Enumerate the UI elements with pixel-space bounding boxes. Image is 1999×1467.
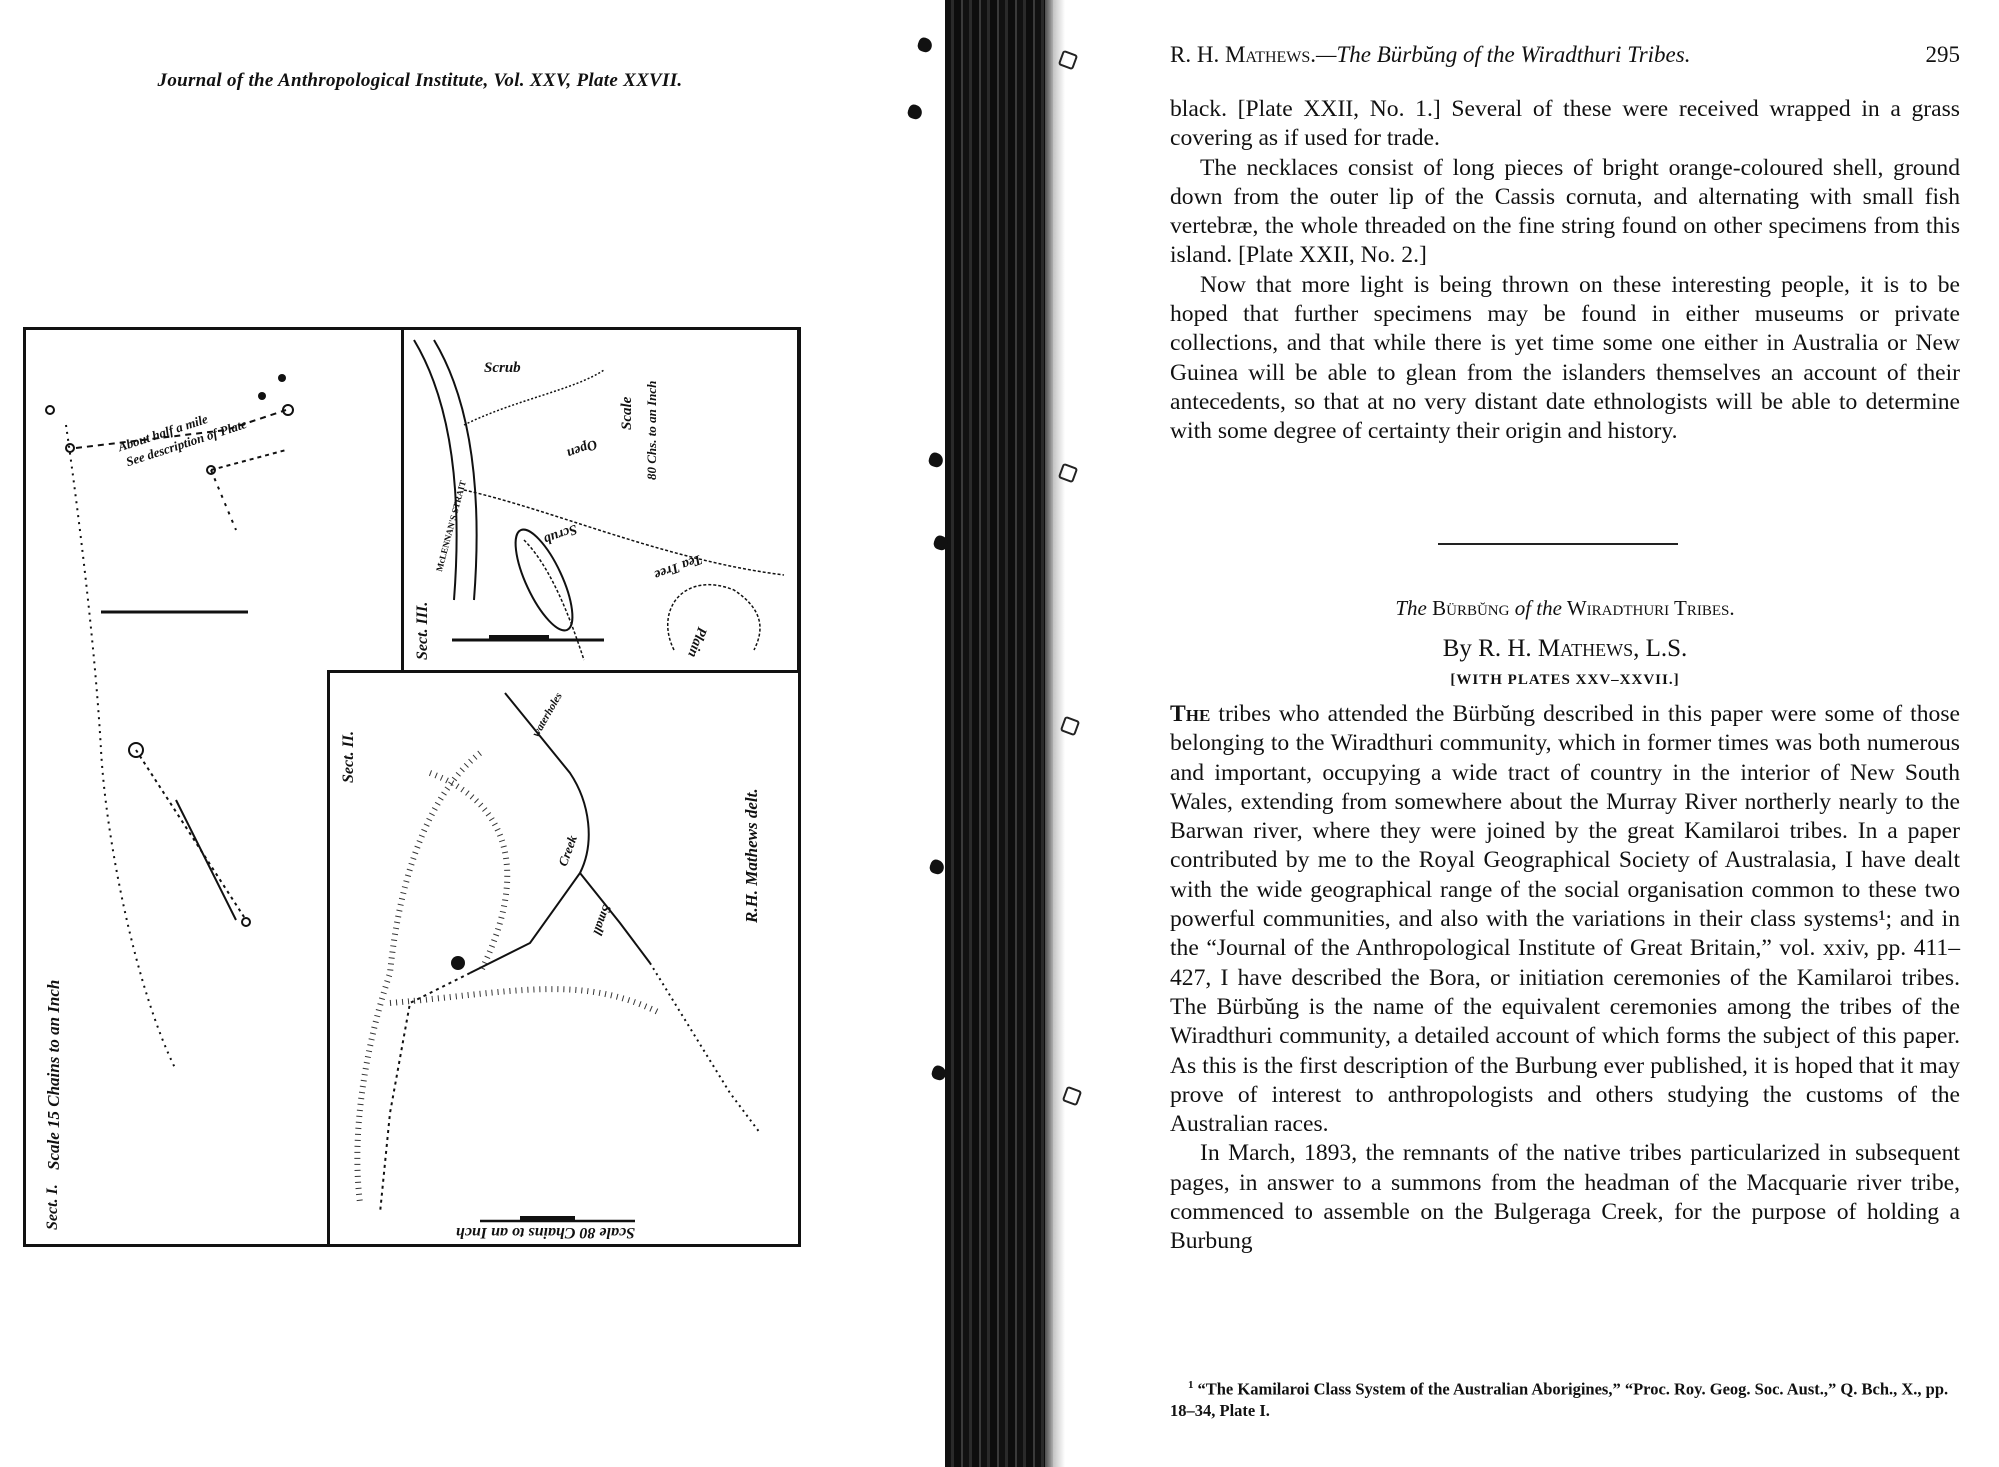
- page-number: 295: [1926, 42, 1961, 68]
- binding-hole-mark: [916, 36, 934, 54]
- lead-word: The: [1170, 701, 1210, 727]
- sect2-map-panel: Sect. II. R.H. Mathews delt. Scale 80 Ch…: [327, 670, 801, 1247]
- sect3-scale: 80 Chs. to an Inch: [644, 381, 660, 480]
- sect2-title: Sect. II.: [340, 731, 358, 783]
- section-divider-rule: [1438, 543, 1678, 545]
- sect2-scale: Scale 80 Chains to an Inch: [456, 1223, 635, 1241]
- running-head: R. H. Mathews.—The Bürbŭng of the Wiradt…: [1170, 42, 1960, 68]
- binding-hole-mark: [927, 451, 945, 469]
- paragraph: Now that more light is being thrown on t…: [1170, 271, 1960, 447]
- sect3-label-scrub-top: Scrub: [484, 360, 521, 377]
- binding-hole-mark: [906, 103, 924, 121]
- byline-by: By: [1443, 635, 1472, 662]
- paragraph: The tribes who attended the Bürbŭng desc…: [1170, 700, 1960, 1139]
- plate-figure: Sect. I. Scale 15 Chains to an Inch Abou…: [23, 327, 801, 1247]
- sect3-title: Sect. III.: [414, 602, 432, 660]
- footnote: 1“The Kamilaroi Class System of the Aust…: [1170, 1375, 1960, 1421]
- plate-caption: Journal of the Anthropological Institute…: [60, 70, 780, 92]
- sect1-title: Sect. I.: [44, 1184, 62, 1230]
- article-title-the: The: [1395, 596, 1427, 620]
- article-title: The Bürbŭng of the Wiradthuri Tribes.: [1170, 596, 1960, 621]
- article-body: The tribes who attended the Bürbŭng desc…: [1170, 700, 1960, 1257]
- sect3-scale-word: Scale: [619, 397, 636, 430]
- sect3-map-panel: Scrub Open Scrub Tea Tree Plain McLENNAN…: [401, 327, 800, 675]
- byline: By R. H. Mathews, L.S.: [1170, 635, 1960, 663]
- footnote-number: 1: [1188, 1375, 1194, 1396]
- paragraph-text: tribes who attended the Bürbŭng describe…: [1170, 701, 1960, 1137]
- article-title-burbung: Bürbŭng: [1432, 596, 1509, 620]
- paragraph: The necklaces consist of long pieces of …: [1170, 154, 1960, 271]
- sect1-scale: Scale 15 Chains to an Inch: [44, 980, 64, 1170]
- paragraph: black. [Plate XXII, No. 1.] Several of t…: [1170, 95, 1960, 154]
- binding-hole-mark: [928, 858, 946, 876]
- sect3-coastline-map: [404, 330, 797, 672]
- article-title-of-the: of the: [1515, 596, 1562, 620]
- page-edge: [1045, 0, 1065, 1467]
- sect2-creek-map: [330, 673, 798, 1244]
- running-head-author: R. H. Mathews.: [1170, 42, 1316, 67]
- book-gutter-shadow: [945, 0, 1053, 1467]
- footnote-text: “The Kamilaroi Class System of the Austr…: [1170, 1380, 1948, 1420]
- plates-note: [WITH PLATES XXV–XXVII.]: [1170, 672, 1960, 689]
- sect2-credit: R.H. Mathews delt.: [742, 788, 762, 923]
- article-title-rest: Wiradthuri Tribes.: [1567, 596, 1735, 620]
- byline-author: R. H. Mathews, L.S.: [1478, 635, 1687, 662]
- paragraph: In March, 1893, the remnants of the nati…: [1170, 1139, 1960, 1256]
- continued-text: black. [Plate XXII, No. 1.] Several of t…: [1170, 95, 1960, 447]
- running-head-title: —The Bürbŭng of the Wiradthuri Tribes.: [1316, 42, 1690, 67]
